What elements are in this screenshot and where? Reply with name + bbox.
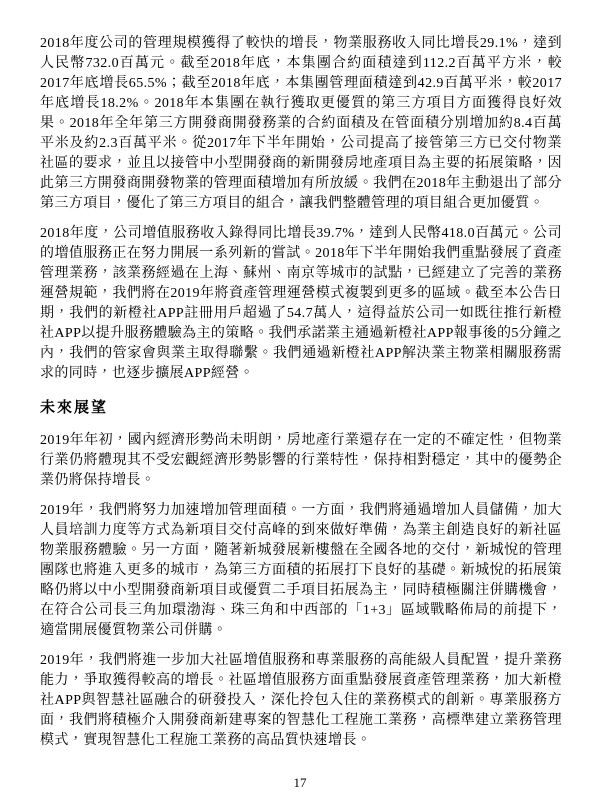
- paragraph-2019-industry-outlook: 2019年年初，國內經濟形勢尚未明朗，房地產行業還存在一定的不確定性，但物業行業…: [40, 431, 562, 491]
- page-footer: 17: [0, 774, 600, 792]
- page-number: 17: [294, 775, 307, 790]
- paragraph-2019-managed-area-expansion: 2019年，我們將努力加速增加管理面積。一方面，我們將通過增加人員儲備，加大人員…: [40, 501, 562, 641]
- document-page: 2018年度公司的管理規模獲得了較快的增長，物業服務收入同比增長29.1%，達到…: [0, 0, 600, 800]
- section-heading-future-outlook: 未來展望: [40, 398, 562, 418]
- paragraph-value-added-services-2018: 2018年度，公司增值服務收入錄得同比增長39.7%，達到人民幣418.0百萬元…: [40, 224, 562, 384]
- paragraph-management-scale-2018: 2018年度公司的管理規模獲得了較快的增長，物業服務收入同比增長29.1%，達到…: [40, 34, 562, 214]
- paragraph-2019-value-added-and-professional-services: 2019年，我們將進一步加大社區增值服務和專業服務的高能級人員配置，提升業務能力…: [40, 651, 562, 751]
- report-body: 2018年度公司的管理規模獲得了較快的增長，物業服務收入同比增長29.1%，達到…: [40, 34, 562, 751]
